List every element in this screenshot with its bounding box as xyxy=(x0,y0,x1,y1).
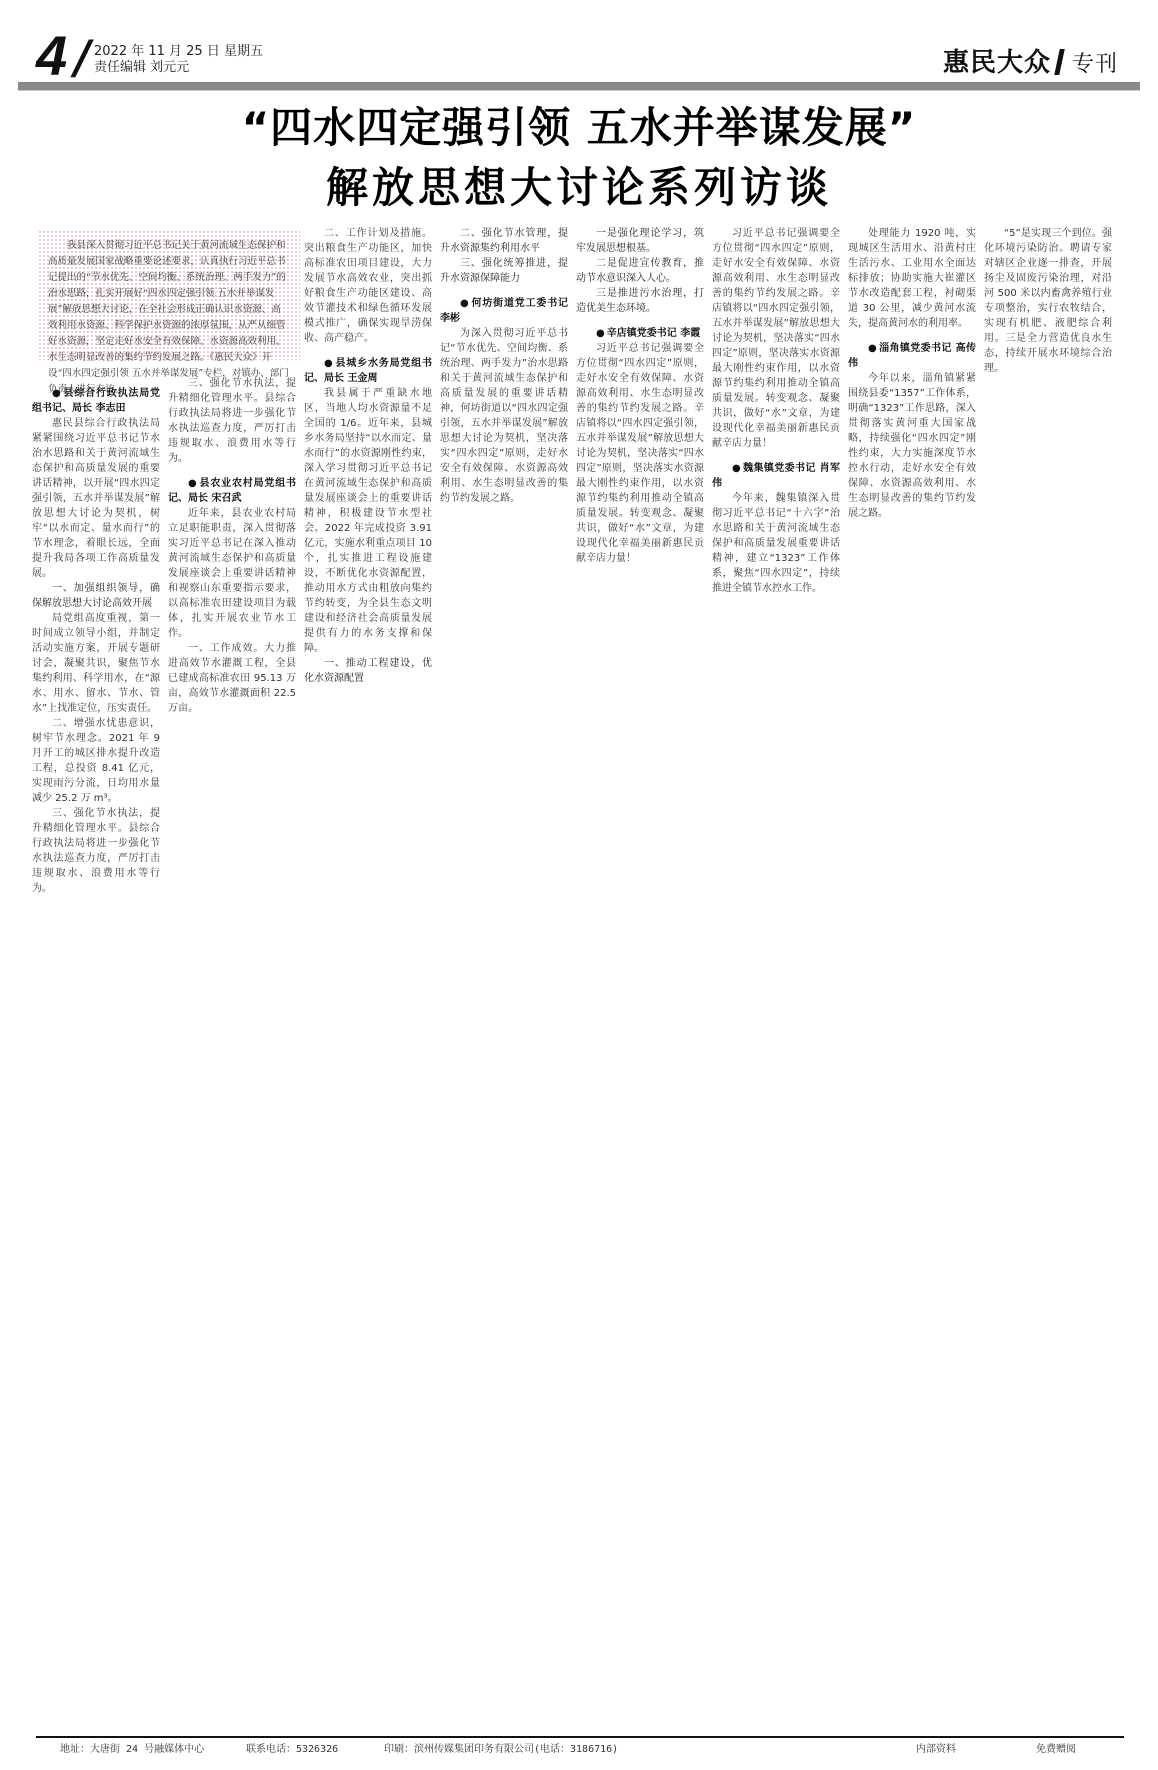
footer-phone: 联系电话：5326326 xyxy=(246,1742,338,1758)
paragraph: 习近平总书记强调要全方位贯彻“四水四定”原则，走好水安全有效保障、水资源高效利用… xyxy=(712,226,840,451)
masthead: 4 / 2022 年 11 月 25 日 星期五 责任编辑 刘元元 惠民大众专刊 xyxy=(36,30,1118,78)
paragraph: 近年来，县农业农村局立足职能职责，深入贯彻落实习近平总书记在深入推动黄河流域生态… xyxy=(168,506,296,641)
editor-credit: 责任编辑 刘元元 xyxy=(94,60,263,76)
byline: 何坊街道党工委书记 李彬 xyxy=(440,296,568,326)
footer-free: 免费赠阅 xyxy=(1036,1742,1076,1758)
column-6: 习近平总书记强调要全方位贯彻“四水四定”原则，走好水安全有效保障、水资源高效利用… xyxy=(712,226,840,1716)
column-4: 二、强化节水管理，提升水资源集约利用水平 三、强化统筹推进，提升水资源保障能力 … xyxy=(440,226,568,1716)
paragraph: 一、工作成效。大力推进高效节水灌溉工程，全县已建成高标准农田 95.13 万亩，… xyxy=(168,641,296,716)
page-number: 4 xyxy=(36,32,67,80)
slash-divider: / xyxy=(70,34,95,80)
subheading: 三、强化统筹推进，提升水资源保障能力 xyxy=(440,256,568,286)
footer: 地址：大唐街 24 号融媒体中心 联系电话：5326326 印刷：滨州传媒集团印… xyxy=(36,1742,1124,1758)
date-block: 2022 年 11 月 25 日 星期五 责任编辑 刘元元 xyxy=(94,44,263,76)
headline-sub: 解放思想大讨论系列访谈 xyxy=(0,160,1158,216)
headline-main: “四水四定强引领 五水并举谋发展” xyxy=(0,100,1158,156)
paragraph: 习近平总书记强调要全方位贯彻“四水四定”原则，走好水安全有效保障、水资源高效利用… xyxy=(576,341,704,566)
footer-address: 地址：大唐街 24 号融媒体中心 xyxy=(60,1742,204,1758)
paragraph: 三、强化节水执法，提升精细化管理水平。县综合行政执法局将进一步强化节水执法巡查力… xyxy=(168,376,296,466)
paragraph: 今年以来，淄角镇紧紧围绕县委“1357”工作体系，明确“1323”工作思路，深入… xyxy=(848,371,976,521)
paragraph: 惠民县综合行政执法局紧紧围绕习近平总书记节水治水思路和关于黄河流域生态保护和高质… xyxy=(32,416,160,581)
section-name: 专刊 xyxy=(1072,52,1118,77)
byline: 魏集镇党委书记 肖军伟 xyxy=(712,461,840,491)
column-2: 三、强化节水执法，提升精细化管理水平。县综合行政执法局将进一步强化节水执法巡查力… xyxy=(168,376,296,1716)
paragraph: 处理能力 1920 吨，实现城区生活用水、沿黄村庄生活污水、工业用水全面达标排放… xyxy=(848,226,976,331)
header-rule xyxy=(18,82,1140,91)
subheading: 三是推进污水治理，打造优美生态环境。 xyxy=(576,286,704,316)
paragraph: 二、增强水忧患意识，树牢节水理念。2021 年 9 月开工的城区排水提升改造工程… xyxy=(32,716,160,806)
byline: 县农业农村局党组书记、局长 宋召武 xyxy=(168,476,296,506)
brand-divider xyxy=(1054,49,1065,75)
footer-rule xyxy=(36,1736,1124,1738)
paragraph: 三、强化节水执法，提升精细化管理水平。县综合行政执法局将进一步强化节水执法巡查力… xyxy=(32,806,160,896)
article-columns: 县综合行政执法局党组书记、局长 李志田 惠民县综合行政执法局紧紧围绕习近平总书记… xyxy=(32,226,1126,1716)
byline: 辛店镇党委书记 李霞 xyxy=(576,326,704,341)
headline: “四水四定强引领 五水并举谋发展” 解放思想大讨论系列访谈 xyxy=(0,100,1158,216)
issue-date: 2022 年 11 月 25 日 星期五 xyxy=(94,44,263,60)
paragraph: 我县属于严重缺水地区，当地人均水资源量不足全国的 1/6。近年来，县城乡水务局坚… xyxy=(304,386,432,656)
brand-logo: 惠民大众专刊 xyxy=(943,42,1118,79)
byline: 县城乡水务局党组书记、局长 王金周 xyxy=(304,356,432,386)
byline: 淄角镇党委书记 高传伟 xyxy=(848,341,976,371)
subheading: 一、加强组织领导，确保解放思想大讨论高效开展 xyxy=(32,581,160,611)
subheading: 二、强化节水管理，提升水资源集约利用水平 xyxy=(440,226,568,256)
column-3: 二、工作计划及措施。突出粮食生产功能区，加快高标准农田项目建设，大力发展节水高效… xyxy=(304,226,432,1716)
paragraph: 二、工作计划及措施。突出粮食生产功能区，加快高标准农田项目建设，大力发展节水高效… xyxy=(304,226,432,346)
paragraph: 今年来，魏集镇深入贯彻习近平总书记“十六字”治水思路和关于黄河流域生态保护和高质… xyxy=(712,491,840,596)
footer-internal: 内部资料 xyxy=(916,1742,956,1758)
subheading: 一是强化理论学习，筑牢发展思想根基。 xyxy=(576,226,704,256)
brand-name: 惠民大众 xyxy=(943,48,1051,78)
byline: 县综合行政执法局党组书记、局长 李志田 xyxy=(32,386,160,416)
subheading: 二是促进宣传教育，推动节水意识深入人心。 xyxy=(576,256,704,286)
paragraph: 局党组高度重视，第一时间成立领导小组，并制定活动实施方案，开展专题研讨会，凝聚共… xyxy=(32,611,160,716)
column-1: 县综合行政执法局党组书记、局长 李志田 惠民县综合行政执法局紧紧围绕习近平总书记… xyxy=(32,376,160,1716)
footer-printer: 印刷：滨州传媒集团印务有限公司(电话：3186716) xyxy=(384,1742,618,1758)
column-8: “5”是实现三个到位。强化环境污染防治。聘请专家对辖区企业逐一排查，开展扬尘及固… xyxy=(984,226,1112,1716)
paragraph: “5”是实现三个到位。强化环境污染防治。聘请专家对辖区企业逐一排查，开展扬尘及固… xyxy=(984,226,1112,376)
column-5: 一是强化理论学习，筑牢发展思想根基。 二是促进宣传教育，推动节水意识深入人心。 … xyxy=(576,226,704,1716)
paragraph: 为深入贯彻习近平总书记“节水优先、空间均衡、系统治理、两手发力”治水思路和关于黄… xyxy=(440,326,568,506)
column-7: 处理能力 1920 吨，实现城区生活用水、沿黄村庄生活污水、工业用水全面达标排放… xyxy=(848,226,976,1716)
subheading: 一、推动工程建设，优化水资源配置 xyxy=(304,656,432,686)
